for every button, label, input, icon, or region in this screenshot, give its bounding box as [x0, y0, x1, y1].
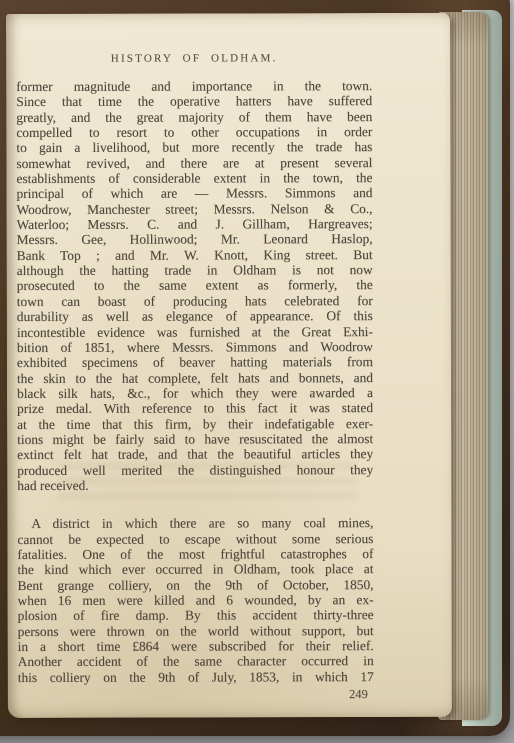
- running-header: HISTORY OF OLDHAM.: [16, 52, 372, 65]
- text-line: durability as well as elegance of appear…: [17, 308, 373, 324]
- text-line: fatalities. One of the most frightful ca…: [17, 546, 373, 562]
- text-line: the skin to the hat complete, felt hats …: [17, 370, 373, 386]
- text-line: had received.: [17, 477, 373, 493]
- text-line: to gain a livelihood, but more recently …: [16, 139, 372, 155]
- text-line: greatly, and the great majority of them …: [16, 109, 372, 125]
- page-number: 249: [18, 687, 374, 703]
- text-line: exhibited specimens of beaver hatting ma…: [17, 354, 373, 370]
- text-line: Bank Top ; and Mr. W. Knott, King street…: [17, 247, 373, 263]
- paragraph: former magnitude and importance in the t…: [16, 78, 373, 493]
- text-line: extinct felt hat trade, and that the bea…: [17, 446, 373, 462]
- text-line: at the time that this firm, by their ind…: [17, 416, 373, 432]
- text-line: plosion of fire damp. By this accident t…: [18, 607, 374, 623]
- text-line: town can boast of producing hats celebra…: [17, 293, 373, 309]
- text-line: Woodrow, Manchester street; Messrs. Nels…: [16, 201, 372, 217]
- text-line: former magnitude and importance in the t…: [16, 78, 372, 94]
- text-line: persons were thrown on the world without…: [18, 623, 374, 639]
- text-line: black silk hats, &c., for which they wer…: [17, 385, 373, 401]
- text-line: incontestible evidence was furnished at …: [17, 324, 373, 340]
- text-line: prize medal. With reference to this fact…: [17, 400, 373, 416]
- text-block: former magnitude and importance in the t…: [16, 78, 374, 685]
- text-line: somewhat revived, and there are at prese…: [16, 155, 372, 171]
- text-line: tions might be fairly said to have resus…: [17, 431, 373, 447]
- text-line: establishments of considerable extent in…: [16, 170, 372, 186]
- book-page: HISTORY OF OLDHAM. former magnitude and …: [6, 13, 452, 718]
- text-line: when 16 men were killed and 6 wounded, b…: [18, 592, 374, 608]
- text-line: bition of 1851, where Messrs. Simmons an…: [17, 339, 373, 355]
- text-line: Bent grange colliery, on the 9th of Octo…: [17, 577, 373, 593]
- text-line: Waterloo; Messrs. C. and J. Gillham, Har…: [17, 216, 373, 232]
- book-photo: HISTORY OF OLDHAM. former magnitude and …: [0, 0, 514, 743]
- text-line: although the hatting trade in Oldham is …: [17, 262, 373, 278]
- text-line: Messrs. Gee, Hollinwood; Mr. Leonard Has…: [17, 231, 373, 247]
- text-line: produced well merited the distinguished …: [17, 462, 373, 478]
- text-line: Another accident of the same character o…: [18, 653, 374, 669]
- paragraph: A district in which there are so many co…: [17, 515, 373, 685]
- text-line: the kind which ever occurred in Oldham, …: [17, 561, 373, 577]
- text-line: compelled to resort to other occupations…: [16, 124, 372, 140]
- text-line: Since that time the operative hatters ha…: [16, 93, 372, 109]
- text-line: this colliery on the 9th of July, 1853, …: [18, 669, 374, 685]
- text-line: A district in which there are so many co…: [17, 515, 373, 531]
- text-line: in a short time £864 were subscribed for…: [18, 638, 374, 654]
- text-line: cannot be expected to escape without som…: [17, 531, 373, 547]
- text-line: prosecuted to the same extent as formerl…: [17, 278, 373, 294]
- text-line: principal of which are — Messrs. Simmons…: [16, 185, 372, 201]
